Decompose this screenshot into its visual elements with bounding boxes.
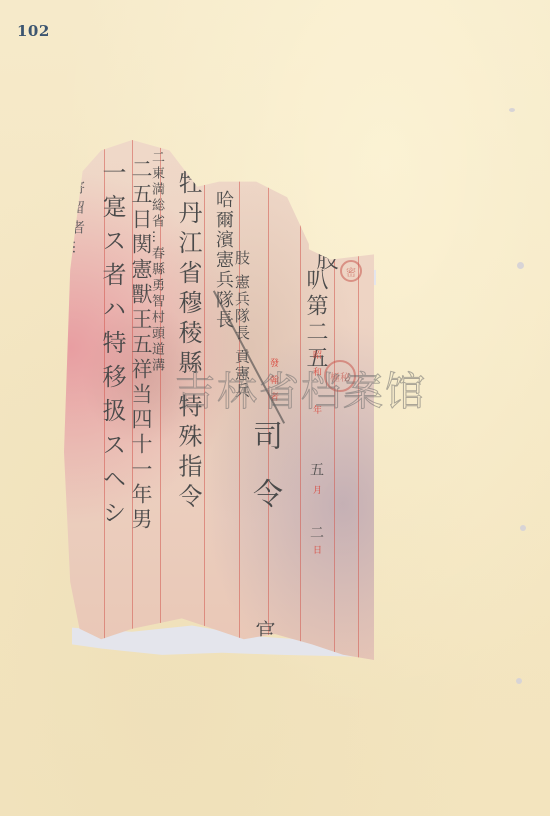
date-day-value: 二	[309, 525, 323, 541]
text-column-2: 二五日関憲獸王五祥当四十一年男	[130, 158, 151, 533]
seal-top: 密	[340, 260, 362, 282]
paper-speck	[520, 525, 526, 531]
paper-speck	[516, 678, 522, 684]
paper-speck	[517, 262, 524, 269]
paper-speck	[509, 108, 515, 112]
form-label-day: 日	[310, 545, 323, 562]
form-label-month: 月	[310, 485, 323, 502]
page-number: 102	[17, 22, 50, 40]
date-month-value: 五	[309, 462, 323, 478]
text-column-1: 一寔ス者ハ特移扱スヘシ	[100, 160, 124, 534]
archive-page: 102 肢 叭第二五 司令 官 肢 憲兵隊長 貢憲兵 哈爾濱憲兵隊長 牡丹江省穆…	[0, 0, 550, 816]
text-column-5: 牡丹江省穆稜縣 特殊指令	[176, 170, 200, 514]
archive-watermark: 吉林省档案馆	[175, 360, 427, 417]
recipient-title: 司令	[249, 420, 279, 536]
margin-note: …寄留者…	[70, 160, 84, 260]
